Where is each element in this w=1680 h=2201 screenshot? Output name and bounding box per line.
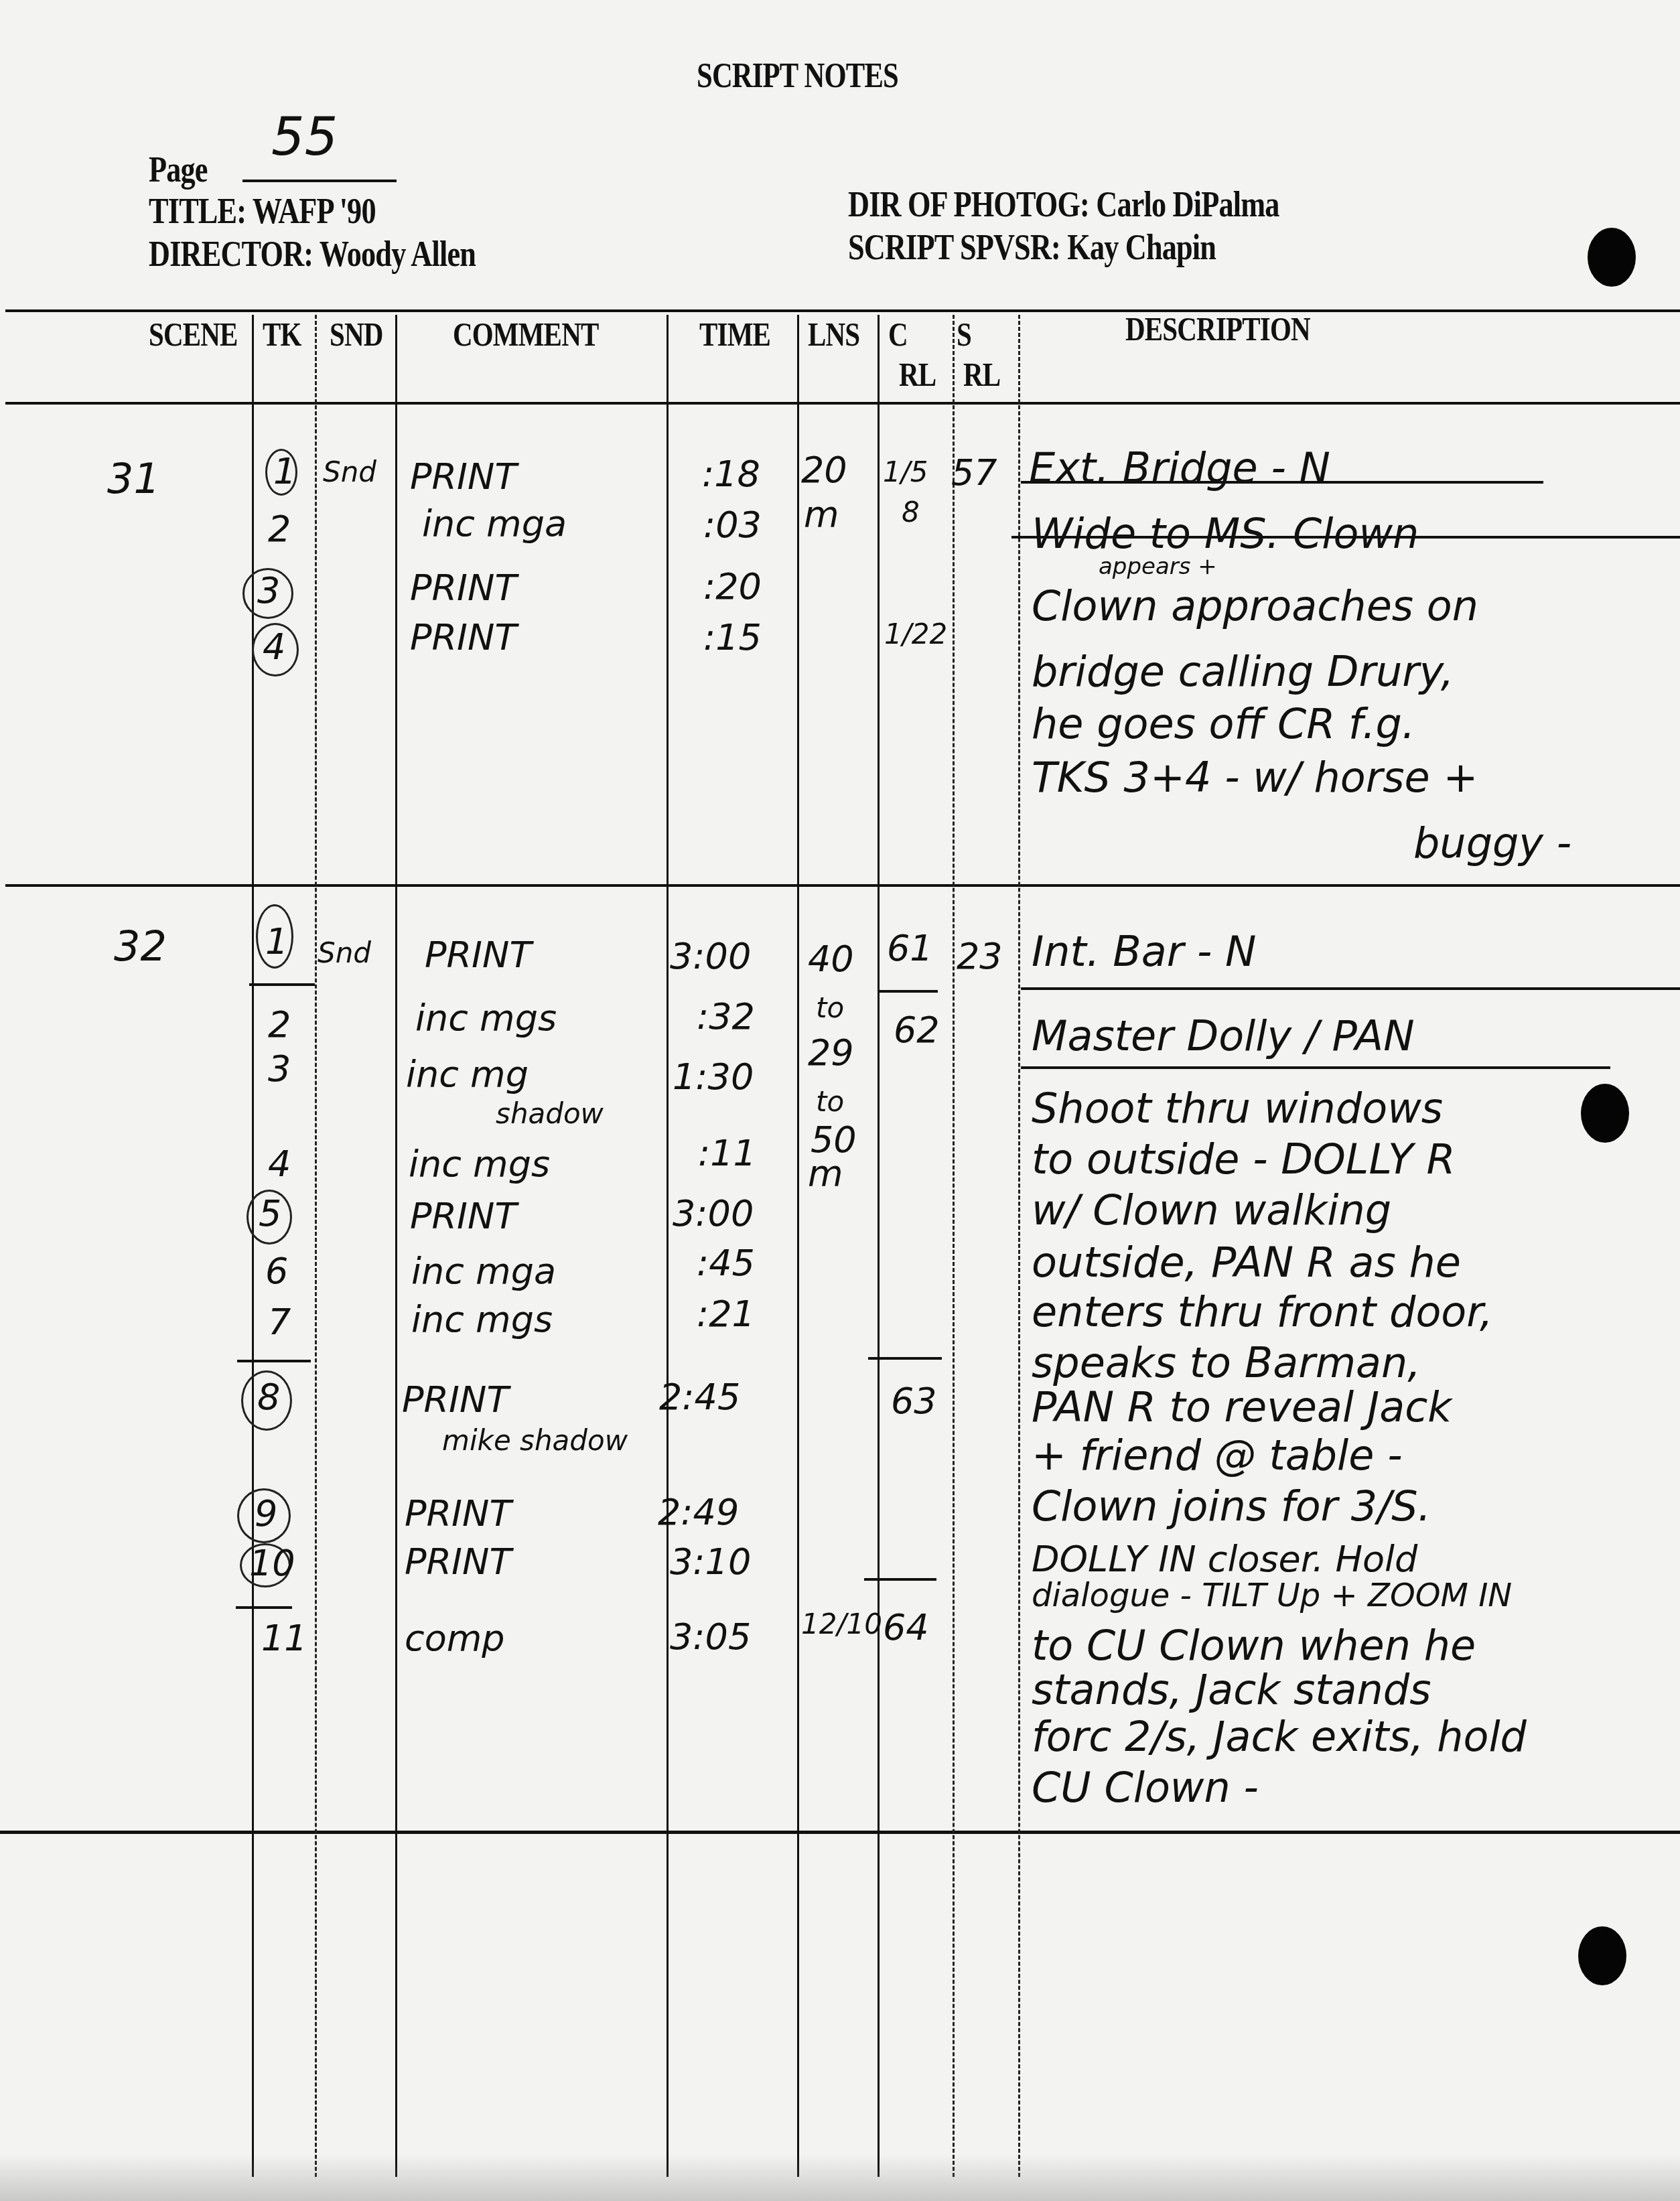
title-value: WAFP '90 — [253, 191, 376, 231]
take-comment-note: shadow — [496, 1097, 604, 1130]
description-line: + friend @ table - — [1032, 1431, 1403, 1480]
scene-divider-rule — [5, 884, 1680, 887]
form-title: SCRIPT NOTES — [697, 56, 898, 96]
take-number: 2 — [268, 508, 291, 550]
description-line: dialogue - TILT Up + ZOOM IN — [1032, 1577, 1512, 1614]
punch-hole-icon — [1578, 1926, 1626, 1985]
shot-description: Wide to MS. Clown — [1032, 509, 1419, 558]
lines-value: 20 — [801, 449, 847, 491]
sound-mark: Snd — [318, 936, 371, 969]
col-header-lns: LNS — [808, 315, 859, 354]
take-comment-note: mike shadow — [442, 1424, 628, 1457]
supervisor-value: Kay Chapin — [1067, 227, 1216, 267]
slug-underline — [1021, 481, 1543, 484]
take-time: :32 — [697, 995, 755, 1038]
take-number: 3 — [257, 569, 280, 612]
description-line: Clown joins for 3/S. — [1032, 1482, 1431, 1531]
col-sep-tk-snd — [315, 315, 317, 2177]
description-line: Clown approaches on — [1032, 581, 1478, 630]
col-header-comment: COMMENT — [453, 315, 598, 354]
take-number: 10 — [249, 1542, 295, 1584]
camera-roll: 61 — [887, 927, 933, 969]
take-number: 6 — [265, 1250, 288, 1292]
take-comment: PRINT — [410, 455, 516, 498]
director-label: DIRECTOR: — [149, 234, 313, 274]
scan-edge-shadow — [0, 2154, 1680, 2201]
take-number: 3 — [268, 1048, 291, 1090]
take-comment: PRINT — [410, 567, 516, 609]
take-comment: PRINT — [410, 616, 516, 658]
shot-underline — [1021, 1066, 1610, 1069]
camera-roll: 64 — [883, 1606, 929, 1648]
col-header-tk: TK — [263, 315, 301, 354]
col-sep-lns-crl — [878, 315, 880, 2177]
description-line: buggy - — [1413, 819, 1571, 867]
col-header-c-rl: RL — [899, 355, 936, 394]
description-line: TKS 3+4 - w/ horse + — [1032, 753, 1478, 802]
take-time: 3:10 — [670, 1541, 751, 1583]
punch-hole-icon — [1588, 228, 1636, 287]
take-time: :15 — [703, 616, 762, 658]
take-comment: inc mgs — [415, 997, 557, 1039]
col-header-snd: SND — [330, 315, 383, 354]
description-line: to CU Clown when he — [1032, 1621, 1476, 1670]
take-number: 7 — [268, 1301, 291, 1343]
roll-divider — [878, 990, 938, 993]
description-line: forc 2/s, Jack exits, hold — [1032, 1712, 1527, 1761]
col-header-scene: SCENE — [149, 315, 238, 354]
director-field: DIRECTOR: Woody Allen — [149, 233, 476, 275]
camera-roll: 1/22 — [884, 618, 947, 650]
take-number: 4 — [268, 1143, 291, 1185]
take-time: :20 — [703, 565, 762, 608]
take-time: 3:00 — [670, 935, 751, 977]
sound-roll: 57 — [951, 451, 997, 494]
dop-value: Carlo DiPalma — [1096, 184, 1279, 224]
take-number: 1 — [265, 920, 288, 963]
sound-roll: 23 — [957, 935, 1003, 977]
camera-roll: 1/5 — [883, 455, 928, 488]
take-comment: comp — [405, 1617, 505, 1659]
col-sep-time-lns — [797, 315, 799, 2177]
take-comment: inc mga — [422, 502, 567, 545]
take-comment: PRINT — [405, 1492, 511, 1535]
scene-slug: Int. Bar - N — [1032, 927, 1257, 976]
col-header-description: DESCRIPTION — [1125, 309, 1310, 348]
page-number: 55 — [271, 107, 338, 167]
slug-underline — [1021, 987, 1680, 990]
col-header-c: C — [888, 315, 908, 354]
shot-underline — [1011, 536, 1680, 539]
description-insert: appears + — [1099, 553, 1217, 580]
director-value: Woody Allen — [320, 234, 476, 274]
header-bottom-rule — [5, 402, 1680, 405]
roll-divider — [868, 1357, 942, 1360]
description-line: speaks to Barman, — [1032, 1338, 1421, 1387]
take-time: :21 — [697, 1293, 755, 1335]
page-label: Page — [149, 149, 208, 190]
camera-roll: 63 — [891, 1380, 937, 1422]
take-comment: PRINT — [402, 1378, 508, 1421]
col-header-s-rl: RL — [963, 355, 1000, 394]
camera-roll: 8 — [902, 496, 920, 528]
take-time: 3:00 — [673, 1192, 754, 1234]
lines-value: 12/10 — [801, 1608, 882, 1640]
take-number: 2 — [268, 1003, 291, 1046]
take-number: 8 — [257, 1376, 280, 1418]
roll-divider — [864, 1578, 936, 1581]
supervisor-label: SCRIPT SPVSR: — [848, 227, 1060, 267]
col-sep-srl-desc — [1018, 315, 1020, 2177]
lines-value: m — [804, 493, 839, 535]
take-divider — [249, 983, 315, 986]
description-line: enters thru front door, — [1032, 1287, 1493, 1336]
col-sep-crl-srl — [953, 315, 955, 2177]
take-time: :11 — [698, 1132, 756, 1174]
take-number: 11 — [261, 1617, 307, 1659]
scene-number: 32 — [114, 922, 167, 971]
take-comment: inc mg — [406, 1053, 529, 1095]
take-time: :45 — [697, 1242, 755, 1284]
description-line: w/ Clown walking — [1032, 1186, 1391, 1234]
table-top-rule — [5, 309, 1680, 312]
supervisor-field: SCRIPT SPVSR: Kay Chapin — [848, 226, 1216, 268]
lines-value: 40 — [808, 938, 854, 980]
description-line: to outside - DOLLY R — [1032, 1135, 1456, 1184]
title-label: TITLE: — [149, 191, 246, 231]
take-comment: inc mgs — [411, 1298, 553, 1340]
take-time: 3:05 — [670, 1616, 751, 1658]
description-line: DOLLY IN closer. Hold — [1032, 1538, 1417, 1580]
take-number: 4 — [263, 626, 285, 668]
take-number: 9 — [255, 1492, 277, 1535]
page-number-line — [242, 180, 397, 182]
col-header-time: TIME — [699, 315, 770, 354]
dop-label: DIR OF PHOTOG: — [848, 184, 1089, 224]
shot-description: Master Dolly / PAN — [1032, 1011, 1415, 1060]
take-time: 2:49 — [658, 1491, 739, 1533]
camera-roll: 62 — [894, 1009, 940, 1051]
col-sep-comment-time — [667, 315, 669, 2177]
take-number: 5 — [259, 1192, 281, 1234]
description-line: stands, Jack stands — [1032, 1665, 1431, 1714]
take-divider — [237, 1360, 311, 1362]
scene-number: 31 — [107, 454, 160, 503]
scene-slug: Ext. Bridge - N — [1029, 443, 1330, 492]
take-time: :18 — [702, 453, 760, 495]
take-time: :03 — [703, 504, 762, 546]
take-comment: PRINT — [405, 1541, 511, 1583]
lines-value: to — [816, 1085, 844, 1118]
take-time: 1:30 — [673, 1056, 754, 1098]
take-number: 1 — [273, 450, 296, 492]
take-divider — [236, 1606, 292, 1609]
take-comment: PRINT — [425, 934, 531, 976]
lines-value: m — [808, 1152, 843, 1194]
col-header-s: S — [957, 315, 971, 354]
take-time: 2:45 — [659, 1376, 740, 1418]
title-field: TITLE: WAFP '90 — [149, 190, 376, 232]
sound-mark: Snd — [323, 455, 376, 488]
dop-field: DIR OF PHOTOG: Carlo DiPalma — [848, 184, 1279, 225]
lines-value: to — [816, 991, 844, 1024]
description-line: bridge calling Drury, — [1032, 647, 1454, 696]
description-line: PAN R to reveal Jack — [1032, 1382, 1452, 1431]
description-line: outside, PAN R as he — [1032, 1238, 1461, 1287]
lines-value: 29 — [808, 1032, 854, 1074]
description-line: he goes off CR f.g. — [1032, 699, 1415, 748]
description-line: CU Clown - — [1032, 1763, 1259, 1812]
take-comment: inc mgs — [409, 1143, 550, 1185]
take-comment: PRINT — [410, 1195, 516, 1237]
col-sep-snd-comment — [395, 315, 397, 2177]
punch-hole-icon — [1581, 1084, 1629, 1143]
take-comment: inc mga — [411, 1250, 556, 1292]
description-line: Shoot thru windows — [1032, 1084, 1443, 1133]
